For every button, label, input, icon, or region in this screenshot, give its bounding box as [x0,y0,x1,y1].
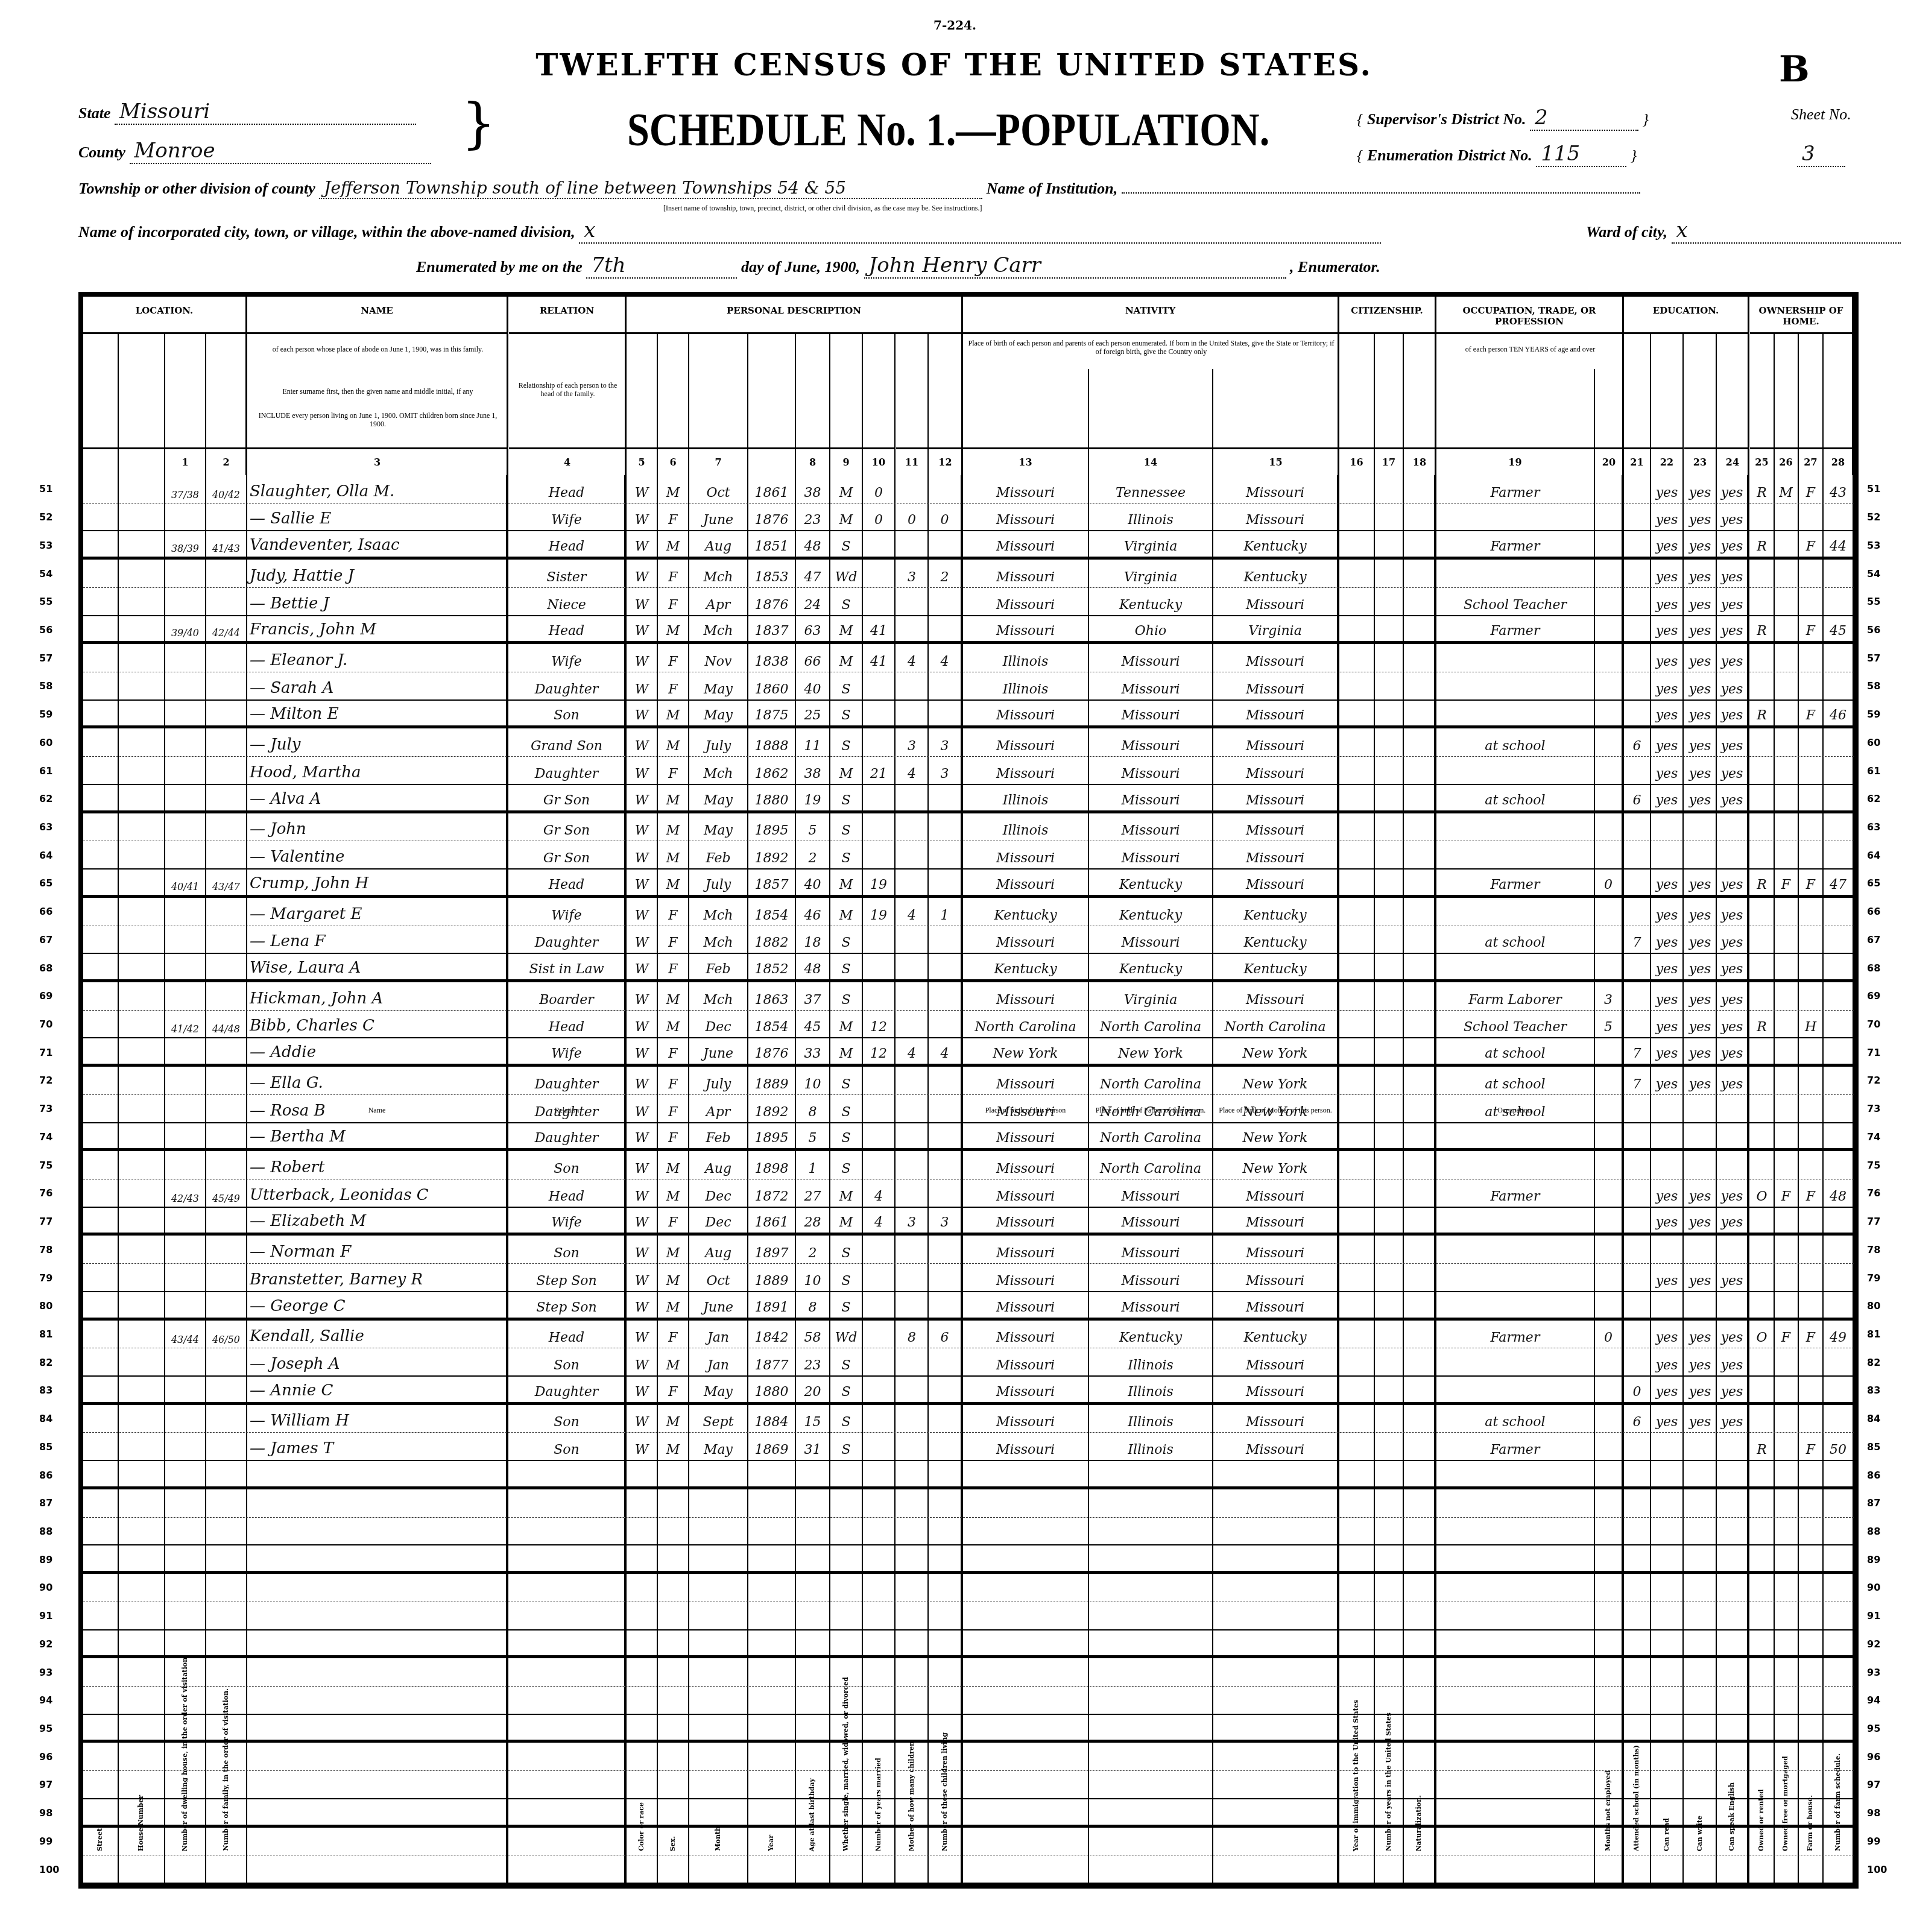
cell-living [929,616,963,642]
cell-dwelling: 43/44 [165,1321,206,1348]
cell-mother-birth: Missouri [1213,1236,1339,1263]
cell-owned [1750,785,1775,810]
cell-empty [83,841,119,868]
cell-mother-birth: New York [1213,1067,1339,1094]
cell-dwelling [165,1377,206,1402]
cell-mother-birth: Missouri [1213,1377,1339,1402]
line-number-left: 95 [39,1723,52,1734]
cell-color: W [627,785,658,810]
cell-empty [83,926,119,953]
cell-marital: M [830,1208,863,1233]
cell-empty [119,1236,165,1263]
cell-family [206,982,247,1010]
cell-farm [1799,1264,1824,1291]
table-row: Wise, Laura ASist in LawWFFeb185248SKent… [83,954,1854,982]
cell-empty [1339,813,1375,841]
cell-mother-of: 8 [896,1321,929,1348]
cell-name: — Robert [247,1151,508,1179]
line-number-right: 95 [1867,1723,1880,1734]
cell-dwelling [165,1405,206,1433]
cell-farm [1799,1658,1824,1686]
cell-empty [1404,672,1436,699]
cell-empty [1375,870,1404,895]
cell-years-married [863,1631,896,1656]
cell-school: 7 [1624,1067,1651,1094]
cell-years-married [863,954,896,979]
cell-farm [1799,1348,1824,1375]
cell-year [748,1715,796,1740]
cell-birth: Missouri [963,616,1089,642]
column-number: 3 [247,447,508,475]
table-row: 42/4345/49Utterback, Leonidas CHeadWMDec… [83,1179,1854,1208]
cell-empty [119,1771,165,1798]
cell-occupation [1436,1518,1595,1545]
cell-empty [83,1348,119,1375]
cell-schedule [1824,588,1854,615]
cell-write: yes [1684,1377,1717,1402]
cell-living [929,1687,963,1714]
cell-mortgage [1774,588,1799,615]
cell-year: 1898 [748,1151,796,1179]
cell-read: yes [1651,785,1684,810]
cell-name: — William H [247,1405,508,1433]
table-row [83,1828,1854,1856]
cell-father-birth [1089,1631,1213,1656]
cell-birth [963,1602,1089,1629]
cell-write [1684,1743,1717,1770]
cell-name [247,1799,508,1825]
cell-write [1684,1489,1717,1517]
enumeration-label: Enumeration District No. [1367,147,1532,164]
cell-marital: S [830,1067,863,1094]
header-occupation-title: OCCUPATION, TRADE, OR PROFESSION [1436,297,1622,334]
cell-father-birth: Virginia [1089,982,1213,1010]
line-number-right: 89 [1867,1554,1880,1565]
institution-value [1122,192,1640,194]
cell-empty [83,1151,119,1179]
line-number-left: 57 [39,652,52,664]
cell-living [929,701,963,726]
cell-living: 0 [929,504,963,531]
cell-farm [1799,1461,1824,1486]
cell-farm [1799,1038,1824,1064]
cell-owned [1750,1828,1775,1855]
cell-relation: Head [509,616,627,642]
cell-living [929,982,963,1010]
cell-farm: F [1799,1179,1824,1207]
cell-year: 1884 [748,1405,796,1433]
cell-mother-of [896,1855,929,1883]
cell-color: W [627,1348,658,1375]
cell-read: yes [1651,1208,1684,1233]
cell-empty [1404,644,1436,672]
cell-years-married [863,1828,896,1855]
cell-empty [1339,1715,1375,1740]
cell-name: — Sallie E [247,504,508,531]
cell-sex: F [658,644,689,672]
cell-relation: Gr Son [509,813,627,841]
cell-empty [1404,1377,1436,1402]
cell-empty [1404,1771,1436,1798]
cell-father-birth [1089,1658,1213,1686]
cell-dwelling [165,1292,206,1318]
cell-dwelling [165,813,206,841]
cell-age [796,1828,830,1855]
line-number-right: 75 [1867,1160,1880,1171]
cell-empty [1339,954,1375,979]
cell-empty [119,1518,165,1545]
cell-mother-of [896,1799,929,1825]
cell-dwelling [165,926,206,953]
cell-father-birth: Kentucky [1089,870,1213,895]
cell-month [689,1461,748,1486]
cell-relation: Daughter [509,926,627,953]
cell-name: Utterback, Leonidas C [247,1179,508,1207]
cell-marital: S [830,1405,863,1433]
cell-sex [658,1461,689,1486]
cell-living: 2 [929,560,963,587]
cell-empty [119,1095,165,1122]
line-number-left: 79 [39,1272,52,1284]
cell-marital: M [830,1038,863,1064]
line-number-right: 72 [1867,1075,1880,1086]
cell-dwelling [165,1433,206,1460]
cell-empty [1339,1348,1375,1375]
cell-father-birth: Illinois [1089,1405,1213,1433]
cell-empty [119,954,165,979]
cell-months-unemployed [1595,1828,1624,1855]
cell-school [1624,1236,1651,1263]
cell-father-birth: New York [1089,1038,1213,1064]
column-number: 11 [896,447,929,475]
cell-birth: Missouri [963,701,1089,726]
state-field: State Missouri [78,99,416,125]
cell-empty [83,1433,119,1460]
cell-school [1624,1095,1651,1122]
cell-birth: Missouri [963,588,1089,615]
cell-farm [1799,560,1824,587]
cell-family [206,1123,247,1149]
cell-occupation [1436,672,1595,699]
cell-owned [1750,1631,1775,1656]
cell-sex: M [658,531,689,557]
cell-month: Aug [689,531,748,557]
cell-empty [119,1321,165,1348]
cell-empty [83,1658,119,1686]
cell-year: 1880 [748,1377,796,1402]
cell-year: 1851 [748,531,796,557]
brace-right-2: } [1631,147,1637,164]
table-row [83,1574,1854,1602]
cell-sex: F [658,926,689,953]
cell-occupation [1436,1348,1595,1375]
cell-relation: Head [509,1321,627,1348]
sheet-value: 3 [1797,142,1845,167]
cell-mother-of: 4 [896,757,929,784]
table-row [83,1489,1854,1518]
cell-month: Feb [689,954,748,979]
cell-years-married [863,1771,896,1798]
cell-occupation: at school [1436,1095,1595,1122]
cell-mother-birth [1213,1828,1339,1855]
cell-father-birth: North Carolina [1089,1123,1213,1149]
cell-name [247,1855,508,1883]
cell-family [206,1715,247,1740]
cell-farm [1799,672,1824,699]
cell-living [929,1518,963,1545]
table-row: 43/4446/50Kendall, SallieHeadWFJan184258… [83,1321,1854,1349]
cell-write: yes [1684,757,1717,784]
line-number-right: 62 [1867,793,1880,804]
cell-empty [83,1715,119,1740]
cell-color: W [627,1208,658,1233]
cell-empty [1404,531,1436,557]
cell-empty [1339,1264,1375,1291]
line-number-right: 68 [1867,962,1880,974]
cell-years-married [863,701,896,726]
cell-school [1624,1348,1651,1375]
cell-years-married [863,1518,896,1545]
header-name-title: NAME [247,297,507,334]
cell-empty [1339,644,1375,672]
cell-occupation [1436,1602,1595,1629]
cell-relation [509,1799,627,1825]
cell-family: 41/43 [206,531,247,557]
cell-birth: Missouri [963,757,1089,784]
cell-dwelling [165,841,206,868]
cell-empty [1339,841,1375,868]
cell-living [929,1715,963,1740]
cell-mother-of [896,813,929,841]
line-number-right: 98 [1867,1807,1880,1819]
enumerated-prefix: Enumerated by me on the [416,258,583,276]
cell-sex: M [658,728,689,756]
line-number-left: 61 [39,765,52,777]
enumerated-field: Enumerated by me on the 7th day of June,… [416,253,1380,279]
cell-empty [1375,757,1404,784]
cell-school [1624,1715,1651,1740]
cell-read: yes [1651,954,1684,979]
cell-empty [83,1799,119,1825]
cell-mother-of [896,1602,929,1629]
cell-read [1651,1095,1684,1122]
cell-dwelling [165,560,206,587]
cell-empty [1404,1236,1436,1263]
cell-months-unemployed [1595,1631,1624,1656]
cell-family [206,1518,247,1545]
cell-living: 4 [929,644,963,672]
cell-months-unemployed [1595,616,1624,642]
cell-sex: F [658,672,689,699]
cell-year [748,1574,796,1602]
cell-sex: M [658,616,689,642]
cell-empty [1404,1687,1436,1714]
cell-read [1651,1461,1684,1486]
cell-mother-of [896,1405,929,1433]
cell-mortgage [1774,1208,1799,1233]
cell-read: yes [1651,701,1684,726]
cell-farm [1799,1545,1824,1571]
cell-year [748,1518,796,1545]
line-number-left: 58 [39,680,52,692]
cell-dwelling [165,785,206,810]
cell-empty [1339,504,1375,531]
cell-family [206,701,247,726]
cell-occupation [1436,1799,1595,1825]
cell-occupation [1436,1743,1595,1770]
cell-age: 25 [796,701,830,726]
cell-birth: New York [963,1038,1089,1064]
cell-dwelling [165,954,206,979]
line-number-right: 78 [1867,1244,1880,1255]
line-number-right: 76 [1867,1187,1880,1199]
cell-years-married [863,1405,896,1433]
cell-mother-birth: Missouri [1213,1348,1339,1375]
cell-mother-birth: Missouri [1213,841,1339,868]
cell-age: 20 [796,1377,830,1402]
line-number-left: 90 [39,1582,52,1593]
cell-sex [658,1631,689,1656]
cell-school [1624,1631,1651,1656]
cell-year [748,1545,796,1571]
cell-father-birth: Missouri [1089,757,1213,784]
cell-owned [1750,1067,1775,1094]
cell-relation [509,1687,627,1714]
cell-father-birth: Missouri [1089,701,1213,726]
cell-sex: M [658,1292,689,1318]
cell-empty [119,1377,165,1402]
cell-empty [83,982,119,1010]
cell-age [796,1687,830,1714]
cell-empty [119,560,165,587]
table-row: — Alva AGr SonWMMay188019SIllinoisMissou… [83,785,1854,813]
cell-mortgage: M [1774,475,1799,503]
cell-mother-of: 3 [896,728,929,756]
cell-birth: Missouri [963,1067,1089,1094]
cell-owned [1750,1658,1775,1686]
cell-age: 40 [796,672,830,699]
cell-birth [963,1771,1089,1798]
cell-father-birth [1089,1489,1213,1517]
cell-mother-of [896,701,929,726]
cell-marital: M [830,616,863,642]
cell-month: Nov [689,644,748,672]
cell-empty [1375,1208,1404,1233]
line-number-left: 98 [39,1807,52,1819]
cell-mother-of [896,531,929,557]
city-label: Name of incorporated city, town, or vill… [78,223,575,241]
sheet-label: Sheet No. [1791,106,1851,124]
cell-write: yes [1684,1321,1717,1348]
cell-schedule [1824,644,1854,672]
institution-label: Name of Institution, [987,180,1117,197]
cell-owned: O [1750,1179,1775,1207]
cell-english [1717,1518,1749,1545]
cell-read: yes [1651,1038,1684,1064]
cell-year: 1895 [748,813,796,841]
cell-occupation [1436,898,1595,926]
cell-dwelling [165,1095,206,1122]
cell-english: yes [1717,616,1749,642]
cell-read: yes [1651,1321,1684,1348]
cell-living [929,1236,963,1263]
cell-mother-birth: Missouri [1213,1208,1339,1233]
table-row: — Bertha MDaughterWFFeb18955SMissouriNor… [83,1123,1854,1152]
cell-mother-birth [1213,1631,1339,1656]
cell-owned [1750,1377,1775,1402]
cell-write: yes [1684,954,1717,979]
cell-name: Hood, Martha [247,757,508,784]
cell-color: W [627,672,658,699]
cell-living [929,1574,963,1602]
cell-name: Judy, Hattie J [247,560,508,587]
cell-father-birth: Kentucky [1089,588,1213,615]
cell-write [1684,841,1717,868]
cell-color: W [627,1433,658,1460]
cell-occupation: Farmer [1436,1433,1595,1460]
cell-mortgage [1774,1518,1799,1545]
cell-empty [1375,644,1404,672]
cell-read: yes [1651,560,1684,587]
cell-empty [1404,1095,1436,1122]
cell-farm [1799,785,1824,810]
schedule-title: SCHEDULE No. 1.—POPULATION. [627,103,1269,157]
cell-dwelling [165,1461,206,1486]
line-number-right: 73 [1867,1103,1880,1114]
cell-english [1717,1489,1749,1517]
cell-read: yes [1651,757,1684,784]
cell-occupation: Farmer [1436,616,1595,642]
cell-empty [1404,1292,1436,1318]
cell-empty [119,588,165,615]
table-row: 38/3941/43Vandeventer, IsaacHeadWMAug185… [83,531,1854,560]
cell-school [1624,1574,1651,1602]
cell-sex [658,1545,689,1571]
cell-marital: M [830,644,863,672]
cell-birth: North Carolina [963,1011,1089,1038]
cell-empty [1404,1264,1436,1291]
cell-write [1684,1292,1717,1318]
line-number-left: 76 [39,1187,52,1199]
cell-empty [119,1489,165,1517]
cell-age: 15 [796,1405,830,1433]
cell-year: 1876 [748,504,796,531]
cell-occupation [1436,1461,1595,1486]
cell-living [929,475,963,503]
cell-months-unemployed [1595,588,1624,615]
cell-read: yes [1651,1067,1684,1094]
cell-dwelling [165,1518,206,1545]
cell-english [1717,1855,1749,1883]
cell-family [206,841,247,868]
cell-family [206,1828,247,1855]
cell-marital: S [830,785,863,810]
cell-month: Mch [689,926,748,953]
cell-empty [1404,1658,1436,1686]
cell-mother-of [896,954,929,979]
cell-occupation [1436,1631,1595,1656]
cell-color: W [627,616,658,642]
cell-color: W [627,870,658,895]
cell-mother-birth: Missouri [1213,1179,1339,1207]
cell-empty [1375,1179,1404,1207]
cell-empty [1404,898,1436,926]
cell-family [206,1292,247,1318]
cell-owned: R [1750,1011,1775,1038]
cell-name [247,1602,508,1629]
cell-empty [119,1545,165,1571]
cell-mother-birth [1213,1743,1339,1770]
